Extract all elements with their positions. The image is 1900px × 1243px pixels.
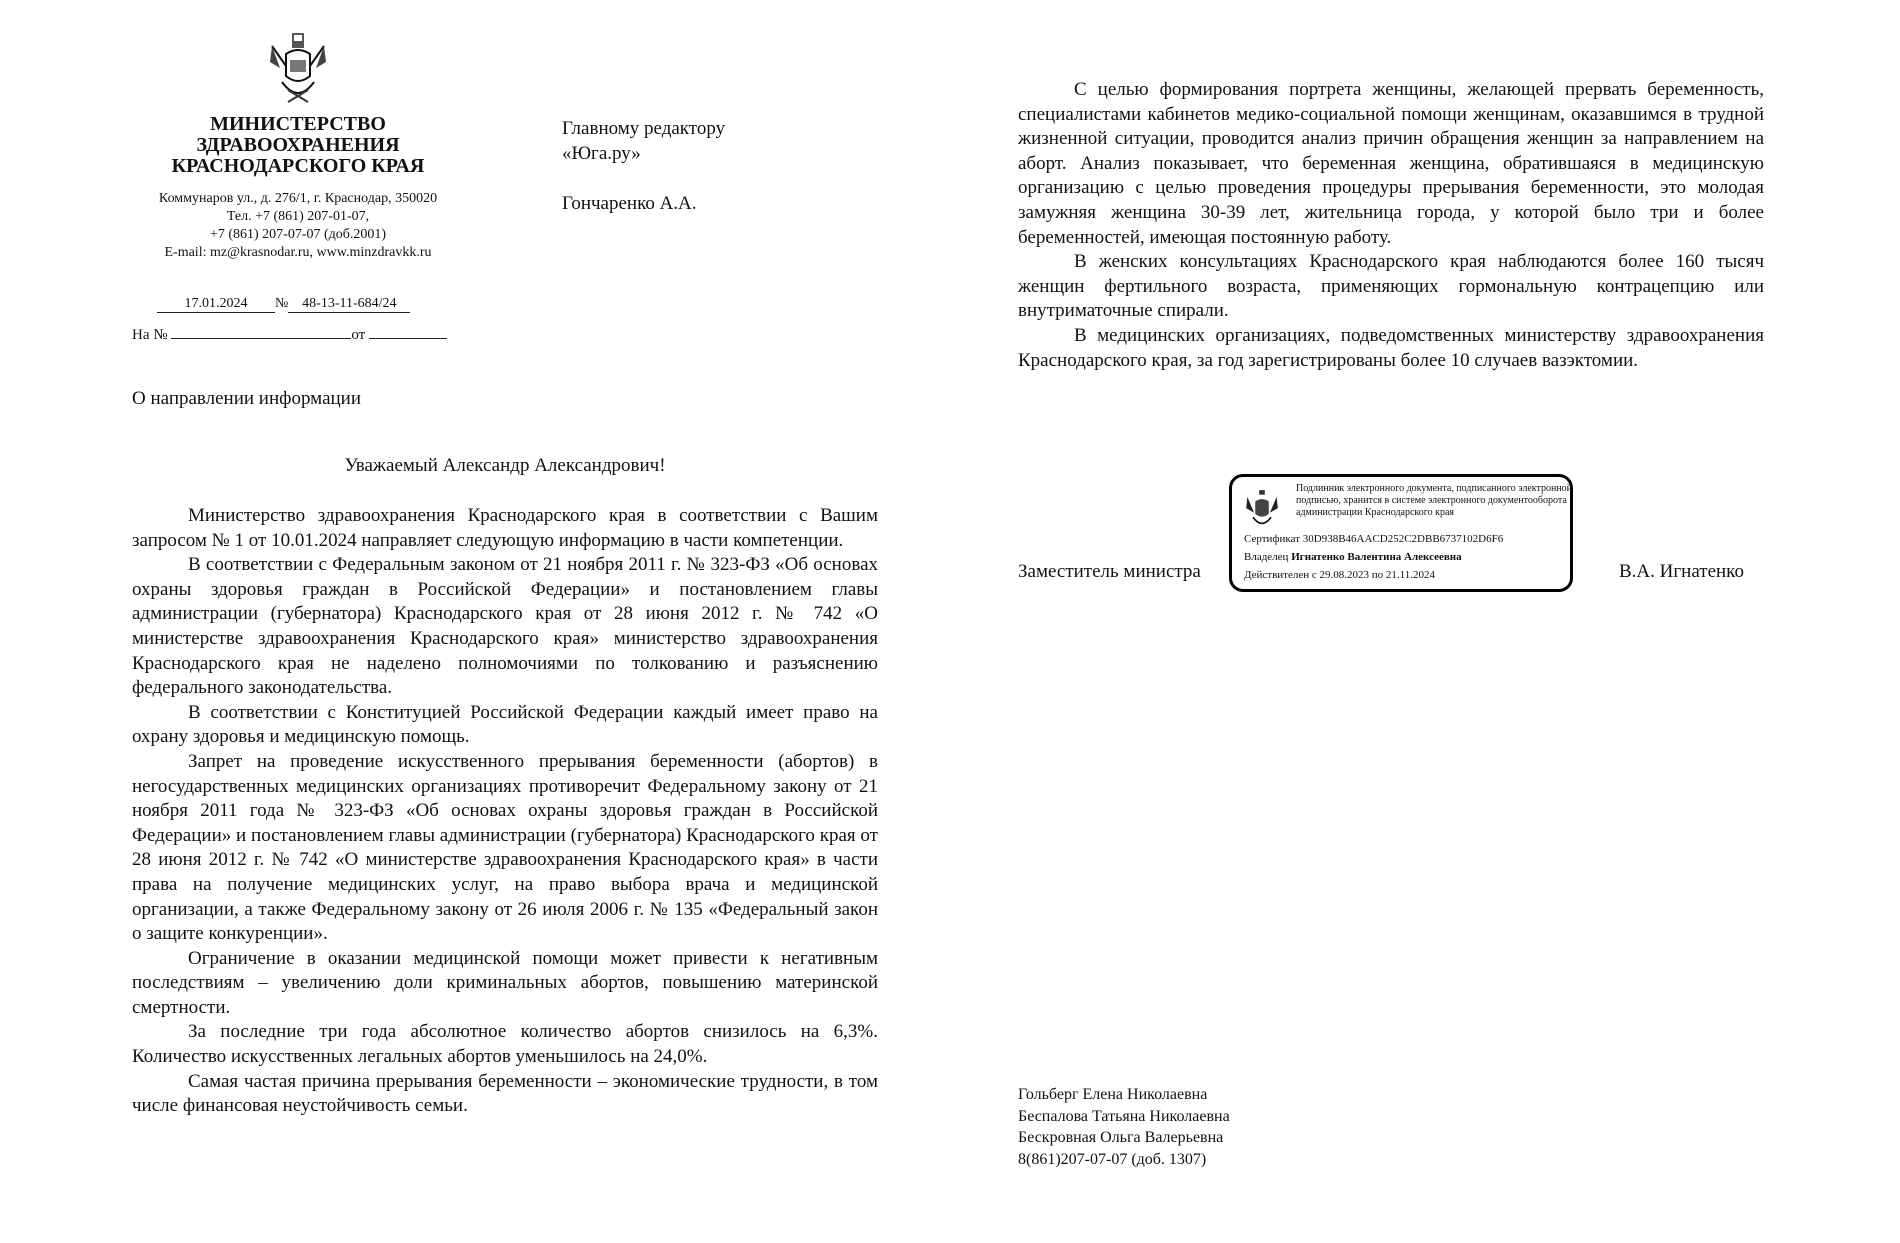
registration-line: 17.01.2024№48-13-11-684/24	[157, 296, 410, 313]
stamp-header: Подлинник электронного документа, подпис…	[1296, 483, 1576, 519]
executor-name: Гольберг Елена Николаевна	[1018, 1084, 1230, 1106]
letter-subject: О направлении информации	[132, 388, 361, 410]
executor-phone: 8(861)207-07-07 (доб. 1307)	[1018, 1149, 1230, 1171]
stamp-validity: Действителен с 29.08.2023 по 21.11.2024	[1244, 569, 1435, 582]
owner-value: Игнатенко Валентина Алексеевна	[1291, 551, 1461, 563]
addressee-block: Главному редактору «Юга.ру» Гончаренко А…	[562, 116, 725, 216]
ref-number-blank	[171, 324, 351, 339]
valid-from: 29.08.2023	[1320, 569, 1370, 581]
reg-date: 17.01.2024	[157, 296, 275, 313]
reg-number-label: №	[275, 296, 288, 311]
ref-date-blank	[369, 324, 447, 339]
addressee-name: Гончаренко А.А.	[562, 191, 725, 216]
coat-of-arms-icon	[268, 32, 328, 110]
valid-to: 21.11.2024	[1386, 569, 1435, 581]
paragraph: Министерство здравоохранения Краснодарск…	[132, 504, 878, 553]
org-name-line: КРАСНОДАРСКОГО КРАЯ	[120, 156, 476, 177]
paragraph: В соответствии с Конституцией Российской…	[132, 701, 878, 750]
paragraph: Самая частая причина прерывания беременн…	[132, 1070, 878, 1119]
paragraph: С целью формирования портрета женщины, ж…	[1018, 78, 1764, 250]
phone-line: Тел. +7 (861) 207-01-07,	[120, 208, 476, 226]
electronic-signature-stamp: Подлинник электронного документа, подпис…	[1229, 474, 1573, 592]
addressee-organization: «Юга.ру»	[562, 141, 725, 166]
addressee-position: Главному редактору	[562, 116, 725, 141]
letter-body-page-1: Министерство здравоохранения Краснодарск…	[132, 504, 878, 1119]
executor-name: Бескровная Ольга Валерьевна	[1018, 1127, 1230, 1149]
signatory-title: Заместитель министра	[1018, 561, 1201, 583]
address-line: Коммунаров ул., д. 276/1, г. Краснодар, …	[120, 190, 476, 208]
phone-line: +7 (861) 207-07-07 (доб.2001)	[120, 226, 476, 244]
reference-line: На № от	[132, 324, 447, 344]
org-name-line: МИНИСТЕРСТВО	[120, 114, 476, 135]
paragraph: Запрет на проведение искусственного прер…	[132, 750, 878, 947]
ref-from-label: от	[351, 327, 365, 343]
stamp-certificate: Сертификат 30D938B46AACD252C2DBB6737102D…	[1244, 533, 1503, 546]
reg-number: 48-13-11-684/24	[288, 296, 410, 313]
organization-name: МИНИСТЕРСТВО ЗДРАВООХРАНЕНИЯ КРАСНОДАРСК…	[120, 114, 476, 177]
letter-page-1: МИНИСТЕРСТВО ЗДРАВООХРАНЕНИЯ КРАСНОДАРСК…	[0, 0, 950, 1243]
owner-label: Владелец	[1244, 551, 1288, 563]
executors-block: Гольберг Елена Николаевна Беспалова Тать…	[1018, 1084, 1230, 1170]
paragraph: В медицинских организациях, подведомстве…	[1018, 324, 1764, 373]
org-name-line: ЗДРАВООХРАНЕНИЯ	[120, 135, 476, 156]
signatory-name: В.А. Игнатенко	[1619, 561, 1744, 583]
certificate-label: Сертификат	[1244, 533, 1300, 545]
valid-to-label: по	[1372, 569, 1383, 581]
salutation: Уважаемый Александр Александрович!	[132, 455, 878, 477]
valid-label: Действителен с	[1244, 569, 1317, 581]
ref-label: На №	[132, 327, 168, 343]
coat-of-arms-icon	[1244, 489, 1280, 533]
paragraph: За последние три года абсолютное количес…	[132, 1020, 878, 1069]
stamp-owner: Владелец Игнатенко Валентина Алексеевна	[1244, 551, 1462, 564]
letter-page-2: С целью формирования портрета женщины, ж…	[950, 0, 1900, 1243]
paragraph: В соответствии с Федеральным законом от …	[132, 553, 878, 701]
paragraph: В женских консультациях Краснодарского к…	[1018, 250, 1764, 324]
email-web-line: E-mail: mz@krasnodar.ru, www.minzdravkk.…	[120, 244, 476, 262]
executor-name: Беспалова Татьяна Николаевна	[1018, 1106, 1230, 1128]
paragraph: Ограничение в оказании медицинской помощ…	[132, 947, 878, 1021]
letter-body-page-2: С целью формирования портрета женщины, ж…	[1018, 78, 1764, 373]
certificate-value: 30D938B46AACD252C2DBB6737102D6F6	[1303, 533, 1503, 545]
organization-contacts: Коммунаров ул., д. 276/1, г. Краснодар, …	[120, 190, 476, 262]
